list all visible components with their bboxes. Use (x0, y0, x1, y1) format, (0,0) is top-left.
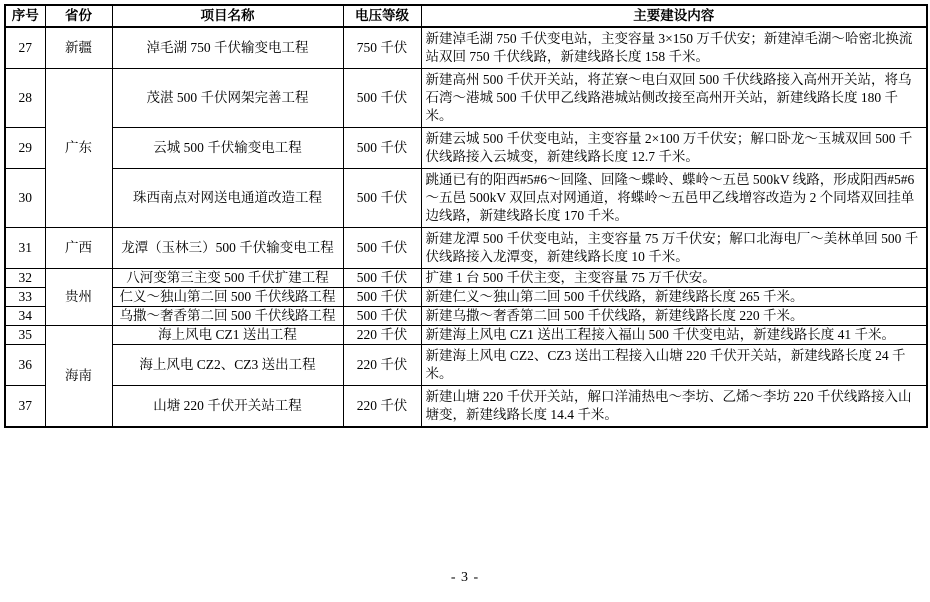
row-number-cell: 32 (5, 269, 45, 288)
main-content-cell: 新建龙潭 500 千伏变电站，主变容量 75 万千伏安；解口北海电厂～美林单回 … (421, 228, 927, 269)
main-content-cell: 新建仁义～独山第二回 500 千伏线路，新建线路长度 265 千米。 (421, 288, 927, 307)
main-content-cell: 新建海上风电 CZ2、CZ3 送出工程接入山塘 220 千伏开关站，新建线路长度… (421, 345, 927, 386)
row-number-cell: 37 (5, 386, 45, 428)
project-name-cell: 乌撒～奢香第二回 500 千伏线路工程 (112, 307, 343, 326)
table-body: 27新疆淖毛湖 750 千伏输变电工程750 千伏新建淖毛湖 750 千伏变电站… (5, 27, 927, 427)
project-name-cell: 茂湛 500 千伏网架完善工程 (112, 69, 343, 128)
table-row: 33仁义～独山第二回 500 千伏线路工程500 千伏新建仁义～独山第二回 50… (5, 288, 927, 307)
row-number-cell: 28 (5, 69, 45, 128)
document-page: 序号 省份 项目名称 电压等级 主要建设内容 27新疆淖毛湖 750 千伏输变电… (0, 0, 930, 602)
header-main-content: 主要建设内容 (421, 5, 927, 27)
row-number-cell: 36 (5, 345, 45, 386)
province-cell: 新疆 (45, 27, 112, 69)
table-row: 29云城 500 千伏输变电工程500 千伏新建云城 500 千伏变电站，主变容… (5, 128, 927, 169)
header-number: 序号 (5, 5, 45, 27)
row-number-cell: 35 (5, 326, 45, 345)
voltage-level-cell: 750 千伏 (343, 27, 421, 69)
row-number-cell: 31 (5, 228, 45, 269)
table-row: 34乌撒～奢香第二回 500 千伏线路工程500 千伏新建乌撒～奢香第二回 50… (5, 307, 927, 326)
table-row: 37山塘 220 千伏开关站工程220 千伏新建山塘 220 千伏开关站，解口洋… (5, 386, 927, 428)
row-number-cell: 33 (5, 288, 45, 307)
table-row: 32贵州八河变第三主变 500 千伏扩建工程500 千伏扩建 1 台 500 千… (5, 269, 927, 288)
table-row: 28广东茂湛 500 千伏网架完善工程500 千伏新建高州 500 千伏开关站，… (5, 69, 927, 128)
main-content-cell: 扩建 1 台 500 千伏主变，主变容量 75 万千伏安。 (421, 269, 927, 288)
table-row: 30珠西南点对网送电通道改造工程500 千伏跳通已有的阳西#5#6～回隆、回隆～… (5, 169, 927, 228)
project-name-cell: 仁义～独山第二回 500 千伏线路工程 (112, 288, 343, 307)
main-content-cell: 新建山塘 220 千伏开关站，解口洋浦热电～李坊、乙烯～李坊 220 千伏线路接… (421, 386, 927, 428)
table-row: 35海南海上风电 CZ1 送出工程220 千伏新建海上风电 CZ1 送出工程接入… (5, 326, 927, 345)
main-content-cell: 新建淖毛湖 750 千伏变电站，主变容量 3×150 万千伏安；新建淖毛湖～哈密… (421, 27, 927, 69)
row-number-cell: 29 (5, 128, 45, 169)
main-content-cell: 新建云城 500 千伏变电站，主变容量 2×100 万千伏安；解口卧龙～玉城双回… (421, 128, 927, 169)
header-voltage-level: 电压等级 (343, 5, 421, 27)
main-content-cell: 新建高州 500 千伏开关站，将芷寮～电白双回 500 千伏线路接入高州开关站，… (421, 69, 927, 128)
project-name-cell: 海上风电 CZ2、CZ3 送出工程 (112, 345, 343, 386)
header-project-name: 项目名称 (112, 5, 343, 27)
project-name-cell: 云城 500 千伏输变电工程 (112, 128, 343, 169)
voltage-level-cell: 500 千伏 (343, 69, 421, 128)
voltage-level-cell: 500 千伏 (343, 307, 421, 326)
project-name-cell: 山塘 220 千伏开关站工程 (112, 386, 343, 428)
main-content-cell: 新建乌撒～奢香第二回 500 千伏线路，新建线路长度 220 千米。 (421, 307, 927, 326)
row-number-cell: 30 (5, 169, 45, 228)
page-number: - 3 - (0, 570, 930, 586)
province-cell: 贵州 (45, 269, 112, 326)
project-name-cell: 龙潭（玉林三）500 千伏输变电工程 (112, 228, 343, 269)
project-name-cell: 淖毛湖 750 千伏输变电工程 (112, 27, 343, 69)
voltage-level-cell: 500 千伏 (343, 269, 421, 288)
header-province: 省份 (45, 5, 112, 27)
voltage-level-cell: 500 千伏 (343, 169, 421, 228)
project-name-cell: 海上风电 CZ1 送出工程 (112, 326, 343, 345)
row-number-cell: 34 (5, 307, 45, 326)
voltage-level-cell: 220 千伏 (343, 386, 421, 428)
province-cell: 广西 (45, 228, 112, 269)
table-header-row: 序号 省份 项目名称 电压等级 主要建设内容 (5, 5, 927, 27)
province-cell: 海南 (45, 326, 112, 428)
voltage-level-cell: 220 千伏 (343, 326, 421, 345)
voltage-level-cell: 500 千伏 (343, 228, 421, 269)
main-content-cell: 跳通已有的阳西#5#6～回隆、回隆～蝶岭、蝶岭～五邑 500kV 线路，形成阳西… (421, 169, 927, 228)
projects-table: 序号 省份 项目名称 电压等级 主要建设内容 27新疆淖毛湖 750 千伏输变电… (4, 4, 928, 428)
project-name-cell: 八河变第三主变 500 千伏扩建工程 (112, 269, 343, 288)
voltage-level-cell: 220 千伏 (343, 345, 421, 386)
row-number-cell: 27 (5, 27, 45, 69)
voltage-level-cell: 500 千伏 (343, 128, 421, 169)
table-row: 36海上风电 CZ2、CZ3 送出工程220 千伏新建海上风电 CZ2、CZ3 … (5, 345, 927, 386)
voltage-level-cell: 500 千伏 (343, 288, 421, 307)
province-cell: 广东 (45, 69, 112, 228)
project-name-cell: 珠西南点对网送电通道改造工程 (112, 169, 343, 228)
table-row: 27新疆淖毛湖 750 千伏输变电工程750 千伏新建淖毛湖 750 千伏变电站… (5, 27, 927, 69)
table-row: 31广西龙潭（玉林三）500 千伏输变电工程500 千伏新建龙潭 500 千伏变… (5, 228, 927, 269)
main-content-cell: 新建海上风电 CZ1 送出工程接入福山 500 千伏变电站，新建线路长度 41 … (421, 326, 927, 345)
